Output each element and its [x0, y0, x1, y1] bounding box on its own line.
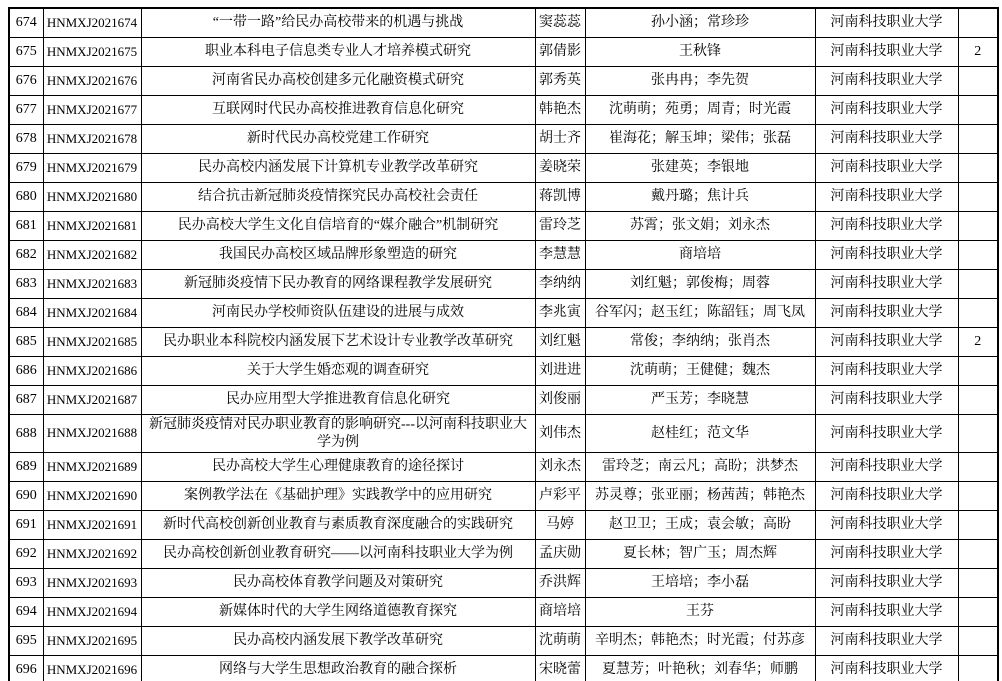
project-leader-cell: 刘伟杰 — [535, 415, 585, 453]
project-title-cell: 职业本科电子信息类专业人才培养模式研究 — [141, 38, 535, 67]
project-title-cell: “一带一路”给民办高校带来的机遇与挑战 — [141, 8, 535, 38]
project-leader-cell: 李兆寅 — [535, 299, 585, 328]
institution-cell: 河南科技职业大学 — [815, 415, 958, 453]
row-number-cell: 678 — [9, 125, 43, 154]
institution-cell: 河南科技职业大学 — [815, 38, 958, 67]
project-title-cell: 新冠肺炎疫情下民办教育的网络课程教学发展研究 — [141, 270, 535, 299]
project-leader-cell: 李慧慧 — [535, 241, 585, 270]
project-members-cell: 沈萌萌；苑勇；周青；时光霞 — [585, 96, 815, 125]
project-title-cell: 民办高校大学生文化自信培育的“媒介融合”机制研究 — [141, 212, 535, 241]
project-leader-cell: 胡士齐 — [535, 125, 585, 154]
project-leader-cell: 韩艳杰 — [535, 96, 585, 125]
project-leader-cell: 李纳纳 — [535, 270, 585, 299]
row-number-cell: 684 — [9, 299, 43, 328]
project-id-cell: HNMXJ2021675 — [43, 38, 141, 67]
project-members-cell: 沈萌萌；王健健；魏杰 — [585, 357, 815, 386]
extra-value-cell — [958, 357, 998, 386]
project-title-cell: 关于大学生婚恋观的调查研究 — [141, 357, 535, 386]
project-members-cell: 王秋锋 — [585, 38, 815, 67]
project-id-cell: HNMXJ2021680 — [43, 183, 141, 212]
project-members-cell: 王培培；李小磊 — [585, 569, 815, 598]
project-title-cell: 结合抗击新冠肺炎疫情探究民办高校社会责任 — [141, 183, 535, 212]
project-title-cell: 我国民办高校区域品牌形象塑造的研究 — [141, 241, 535, 270]
project-members-cell: 崔海花；解玉坤；梁伟；张磊 — [585, 125, 815, 154]
project-members-cell: 苏霄；张文娟；刘永杰 — [585, 212, 815, 241]
project-leader-cell: 马婷 — [535, 511, 585, 540]
institution-cell: 河南科技职业大学 — [815, 154, 958, 183]
row-number-cell: 688 — [9, 415, 43, 453]
project-id-cell: HNMXJ2021683 — [43, 270, 141, 299]
project-title-cell: 新媒体时代的大学生网络道德教育探究 — [141, 598, 535, 627]
row-number-cell: 681 — [9, 212, 43, 241]
table-row: 675 HNMXJ2021675 职业本科电子信息类专业人才培养模式研究 郭倩影… — [9, 38, 998, 67]
institution-cell: 河南科技职业大学 — [815, 386, 958, 415]
projects-table-body: 674 HNMXJ2021674 “一带一路”给民办高校带来的机遇与挑战 窦蕊蕊… — [9, 8, 998, 681]
project-id-cell: HNMXJ2021695 — [43, 627, 141, 656]
extra-value-cell — [958, 270, 998, 299]
project-title-cell: 民办应用型大学推进教育信息化研究 — [141, 386, 535, 415]
institution-cell: 河南科技职业大学 — [815, 270, 958, 299]
row-number-cell: 686 — [9, 357, 43, 386]
extra-value-cell — [958, 8, 998, 38]
extra-value-cell — [958, 569, 998, 598]
project-members-cell: 商培培 — [585, 241, 815, 270]
project-id-cell: HNMXJ2021674 — [43, 8, 141, 38]
extra-value-cell — [958, 598, 998, 627]
project-id-cell: HNMXJ2021694 — [43, 598, 141, 627]
table-row: 677 HNMXJ2021677 互联网时代民办高校推进教育信息化研究 韩艳杰 … — [9, 96, 998, 125]
row-number-cell: 679 — [9, 154, 43, 183]
project-members-cell: 张冉冉；李先贺 — [585, 67, 815, 96]
project-leader-cell: 郭倩影 — [535, 38, 585, 67]
project-id-cell: HNMXJ2021684 — [43, 299, 141, 328]
row-number-cell: 691 — [9, 511, 43, 540]
extra-value-cell — [958, 154, 998, 183]
project-id-cell: HNMXJ2021682 — [43, 241, 141, 270]
project-members-cell: 雷玲芝；南云凡；高盼；洪梦杰 — [585, 453, 815, 482]
institution-cell: 河南科技职业大学 — [815, 511, 958, 540]
row-number-cell: 675 — [9, 38, 43, 67]
project-members-cell: 赵卫卫；王成；袁会敏；高盼 — [585, 511, 815, 540]
row-number-cell: 692 — [9, 540, 43, 569]
institution-cell: 河南科技职业大学 — [815, 67, 958, 96]
institution-cell: 河南科技职业大学 — [815, 241, 958, 270]
institution-cell: 河南科技职业大学 — [815, 183, 958, 212]
project-title-cell: 民办高校内涵发展下教学改革研究 — [141, 627, 535, 656]
institution-cell: 河南科技职业大学 — [815, 125, 958, 154]
institution-cell: 河南科技职业大学 — [815, 453, 958, 482]
project-title-cell: 民办职业本科院校内涵发展下艺术设计专业教学改革研究 — [141, 328, 535, 357]
project-id-cell: HNMXJ2021696 — [43, 656, 141, 681]
table-row: 692 HNMXJ2021692 民办高校创新创业教育研究——以河南科技职业大学… — [9, 540, 998, 569]
project-id-cell: HNMXJ2021693 — [43, 569, 141, 598]
project-leader-cell: 姜晓荣 — [535, 154, 585, 183]
project-members-cell: 夏长林；智广玉；周杰辉 — [585, 540, 815, 569]
project-leader-cell: 窦蕊蕊 — [535, 8, 585, 38]
project-id-cell: HNMXJ2021677 — [43, 96, 141, 125]
institution-cell: 河南科技职业大学 — [815, 482, 958, 511]
row-number-cell: 677 — [9, 96, 43, 125]
table-row: 684 HNMXJ2021684 河南民办学校师资队伍建设的进展与成效 李兆寅 … — [9, 299, 998, 328]
project-id-cell: HNMXJ2021686 — [43, 357, 141, 386]
extra-value-cell: 2 — [958, 38, 998, 67]
table-row: 683 HNMXJ2021683 新冠肺炎疫情下民办教育的网络课程教学发展研究 … — [9, 270, 998, 299]
extra-value-cell — [958, 511, 998, 540]
table-row: 695 HNMXJ2021695 民办高校内涵发展下教学改革研究 沈萌萌 辛明杰… — [9, 627, 998, 656]
project-id-cell: HNMXJ2021685 — [43, 328, 141, 357]
institution-cell: 河南科技职业大学 — [815, 212, 958, 241]
project-members-cell: 王芬 — [585, 598, 815, 627]
institution-cell: 河南科技职业大学 — [815, 598, 958, 627]
extra-value-cell — [958, 453, 998, 482]
table-row: 685 HNMXJ2021685 民办职业本科院校内涵发展下艺术设计专业教学改革… — [9, 328, 998, 357]
table-row: 682 HNMXJ2021682 我国民办高校区域品牌形象塑造的研究 李慧慧 商… — [9, 241, 998, 270]
table-row: 694 HNMXJ2021694 新媒体时代的大学生网络道德教育探究 商培培 王… — [9, 598, 998, 627]
project-title-cell: 网络与大学生思想政治教育的融合探析 — [141, 656, 535, 681]
extra-value-cell — [958, 482, 998, 511]
project-leader-cell: 卢彩平 — [535, 482, 585, 511]
project-leader-cell: 雷玲芝 — [535, 212, 585, 241]
project-members-cell: 常俊；李纳纳；张肖杰 — [585, 328, 815, 357]
row-number-cell: 680 — [9, 183, 43, 212]
project-id-cell: HNMXJ2021687 — [43, 386, 141, 415]
project-members-cell: 刘红魁；郭俊梅；周蓉 — [585, 270, 815, 299]
project-id-cell: HNMXJ2021689 — [43, 453, 141, 482]
project-title-cell: 民办高校体育教学问题及对策研究 — [141, 569, 535, 598]
project-id-cell: HNMXJ2021678 — [43, 125, 141, 154]
project-id-cell: HNMXJ2021692 — [43, 540, 141, 569]
extra-value-cell — [958, 67, 998, 96]
project-members-cell: 戴丹璐；焦计兵 — [585, 183, 815, 212]
institution-cell: 河南科技职业大学 — [815, 627, 958, 656]
project-leader-cell: 刘进进 — [535, 357, 585, 386]
extra-value-cell — [958, 212, 998, 241]
project-title-cell: 互联网时代民办高校推进教育信息化研究 — [141, 96, 535, 125]
document-page: 674 HNMXJ2021674 “一带一路”给民办高校带来的机遇与挑战 窦蕊蕊… — [0, 0, 1002, 681]
table-row: 679 HNMXJ2021679 民办高校内涵发展下计算机专业教学改革研究 姜晓… — [9, 154, 998, 183]
row-number-cell: 683 — [9, 270, 43, 299]
table-row: 678 HNMXJ2021678 新时代民办高校党建工作研究 胡士齐 崔海花；解… — [9, 125, 998, 154]
row-number-cell: 690 — [9, 482, 43, 511]
project-leader-cell: 郭秀英 — [535, 67, 585, 96]
row-number-cell: 676 — [9, 67, 43, 96]
institution-cell: 河南科技职业大学 — [815, 656, 958, 681]
project-title-cell: 河南民办学校师资队伍建设的进展与成效 — [141, 299, 535, 328]
project-title-cell: 河南省民办高校创建多元化融资模式研究 — [141, 67, 535, 96]
project-id-cell: HNMXJ2021688 — [43, 415, 141, 453]
project-leader-cell: 刘永杰 — [535, 453, 585, 482]
table-row: 696 HNMXJ2021696 网络与大学生思想政治教育的融合探析 宋晓蕾 夏… — [9, 656, 998, 681]
project-leader-cell: 刘红魁 — [535, 328, 585, 357]
extra-value-cell — [958, 415, 998, 453]
project-members-cell: 赵桂红；范文华 — [585, 415, 815, 453]
table-row: 690 HNMXJ2021690 案例教学法在《基础护理》实践教学中的应用研究 … — [9, 482, 998, 511]
extra-value-cell — [958, 96, 998, 125]
project-id-cell: HNMXJ2021676 — [43, 67, 141, 96]
project-members-cell: 谷军闪；赵玉红；陈韶钰；周飞凤 — [585, 299, 815, 328]
project-title-cell: 新冠肺炎疫情对民办职业教育的影响研究---以河南科技职业大学为例 — [141, 415, 535, 453]
table-row: 676 HNMXJ2021676 河南省民办高校创建多元化融资模式研究 郭秀英 … — [9, 67, 998, 96]
extra-value-cell — [958, 540, 998, 569]
table-row: 686 HNMXJ2021686 关于大学生婚恋观的调查研究 刘进进 沈萌萌；王… — [9, 357, 998, 386]
project-leader-cell: 蒋凯博 — [535, 183, 585, 212]
project-members-cell: 张建英；李银地 — [585, 154, 815, 183]
extra-value-cell — [958, 299, 998, 328]
project-title-cell: 新时代民办高校党建工作研究 — [141, 125, 535, 154]
extra-value-cell — [958, 386, 998, 415]
row-number-cell: 682 — [9, 241, 43, 270]
project-id-cell: HNMXJ2021690 — [43, 482, 141, 511]
project-id-cell: HNMXJ2021681 — [43, 212, 141, 241]
table-row: 688 HNMXJ2021688 新冠肺炎疫情对民办职业教育的影响研究---以河… — [9, 415, 998, 453]
row-number-cell: 696 — [9, 656, 43, 681]
table-row: 681 HNMXJ2021681 民办高校大学生文化自信培育的“媒介融合”机制研… — [9, 212, 998, 241]
extra-value-cell — [958, 183, 998, 212]
row-number-cell: 694 — [9, 598, 43, 627]
institution-cell: 河南科技职业大学 — [815, 357, 958, 386]
institution-cell: 河南科技职业大学 — [815, 96, 958, 125]
institution-cell: 河南科技职业大学 — [815, 569, 958, 598]
project-title-cell: 民办高校内涵发展下计算机专业教学改革研究 — [141, 154, 535, 183]
institution-cell: 河南科技职业大学 — [815, 328, 958, 357]
row-number-cell: 674 — [9, 8, 43, 38]
project-members-cell: 夏慧芳；叶艳秋；刘春华；师鹏 — [585, 656, 815, 681]
institution-cell: 河南科技职业大学 — [815, 8, 958, 38]
row-number-cell: 693 — [9, 569, 43, 598]
extra-value-cell — [958, 656, 998, 681]
institution-cell: 河南科技职业大学 — [815, 299, 958, 328]
table-row: 693 HNMXJ2021693 民办高校体育教学问题及对策研究 乔洪辉 王培培… — [9, 569, 998, 598]
project-id-cell: HNMXJ2021691 — [43, 511, 141, 540]
project-members-cell: 严玉芳；李晓慧 — [585, 386, 815, 415]
project-title-cell: 新时代高校创新创业教育与素质教育深度融合的实践研究 — [141, 511, 535, 540]
project-leader-cell: 刘俊丽 — [535, 386, 585, 415]
row-number-cell: 695 — [9, 627, 43, 656]
project-title-cell: 民办高校创新创业教育研究——以河南科技职业大学为例 — [141, 540, 535, 569]
extra-value-cell: 2 — [958, 328, 998, 357]
table-row: 689 HNMXJ2021689 民办高校大学生心理健康教育的途径探讨 刘永杰 … — [9, 453, 998, 482]
table-row: 674 HNMXJ2021674 “一带一路”给民办高校带来的机遇与挑战 窦蕊蕊… — [9, 8, 998, 38]
extra-value-cell — [958, 241, 998, 270]
projects-table: 674 HNMXJ2021674 “一带一路”给民办高校带来的机遇与挑战 窦蕊蕊… — [8, 7, 999, 681]
project-leader-cell: 商培培 — [535, 598, 585, 627]
project-title-cell: 案例教学法在《基础护理》实践教学中的应用研究 — [141, 482, 535, 511]
row-number-cell: 689 — [9, 453, 43, 482]
project-leader-cell: 沈萌萌 — [535, 627, 585, 656]
project-leader-cell: 孟庆勋 — [535, 540, 585, 569]
project-title-cell: 民办高校大学生心理健康教育的途径探讨 — [141, 453, 535, 482]
table-row: 691 HNMXJ2021691 新时代高校创新创业教育与素质教育深度融合的实践… — [9, 511, 998, 540]
project-members-cell: 辛明杰；韩艳杰；时光霞；付苏彦 — [585, 627, 815, 656]
project-leader-cell: 乔洪辉 — [535, 569, 585, 598]
table-row: 680 HNMXJ2021680 结合抗击新冠肺炎疫情探究民办高校社会责任 蒋凯… — [9, 183, 998, 212]
row-number-cell: 687 — [9, 386, 43, 415]
project-members-cell: 苏灵尊；张亚丽；杨茜茜；韩艳杰 — [585, 482, 815, 511]
row-number-cell: 685 — [9, 328, 43, 357]
project-id-cell: HNMXJ2021679 — [43, 154, 141, 183]
extra-value-cell — [958, 627, 998, 656]
table-row: 687 HNMXJ2021687 民办应用型大学推进教育信息化研究 刘俊丽 严玉… — [9, 386, 998, 415]
project-members-cell: 孙小涵；常珍珍 — [585, 8, 815, 38]
institution-cell: 河南科技职业大学 — [815, 540, 958, 569]
extra-value-cell — [958, 125, 998, 154]
project-leader-cell: 宋晓蕾 — [535, 656, 585, 681]
